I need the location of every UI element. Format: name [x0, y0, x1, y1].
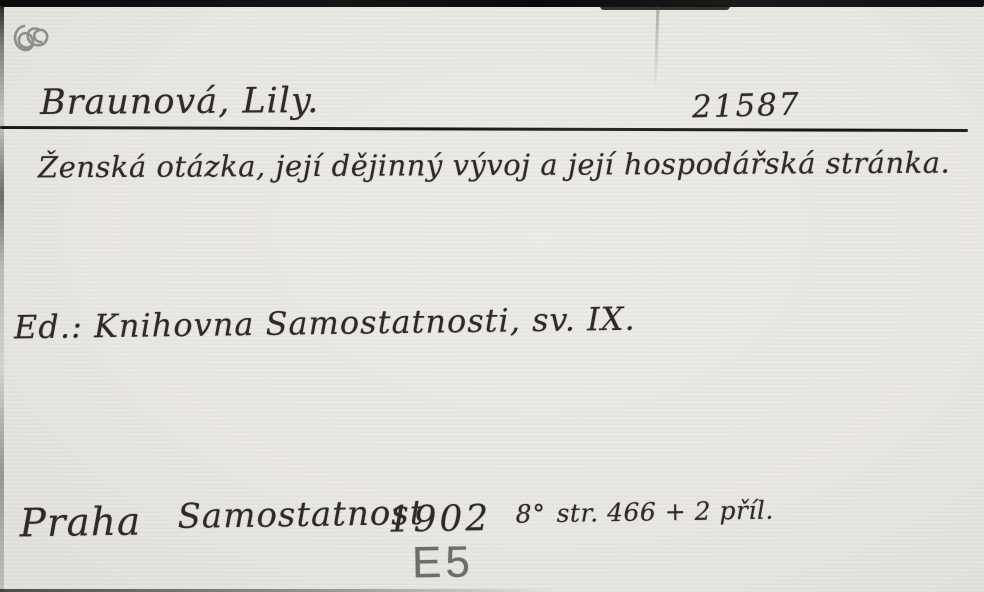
- imprint-line: Praha Samostatnost 1902 8° str. 466 + 2 …: [0, 0, 984, 592]
- imprint-year: 1902: [387, 498, 491, 541]
- library-catalog-card: Braunová, Lily. 21587 Ženská otázka, jej…: [0, 0, 984, 592]
- imprint-place: Praha: [19, 500, 141, 547]
- shelfmark-pencil: E5: [412, 537, 475, 588]
- imprint-format: 8°: [515, 499, 546, 528]
- imprint-collation: str. 466 + 2 příl.: [556, 496, 774, 528]
